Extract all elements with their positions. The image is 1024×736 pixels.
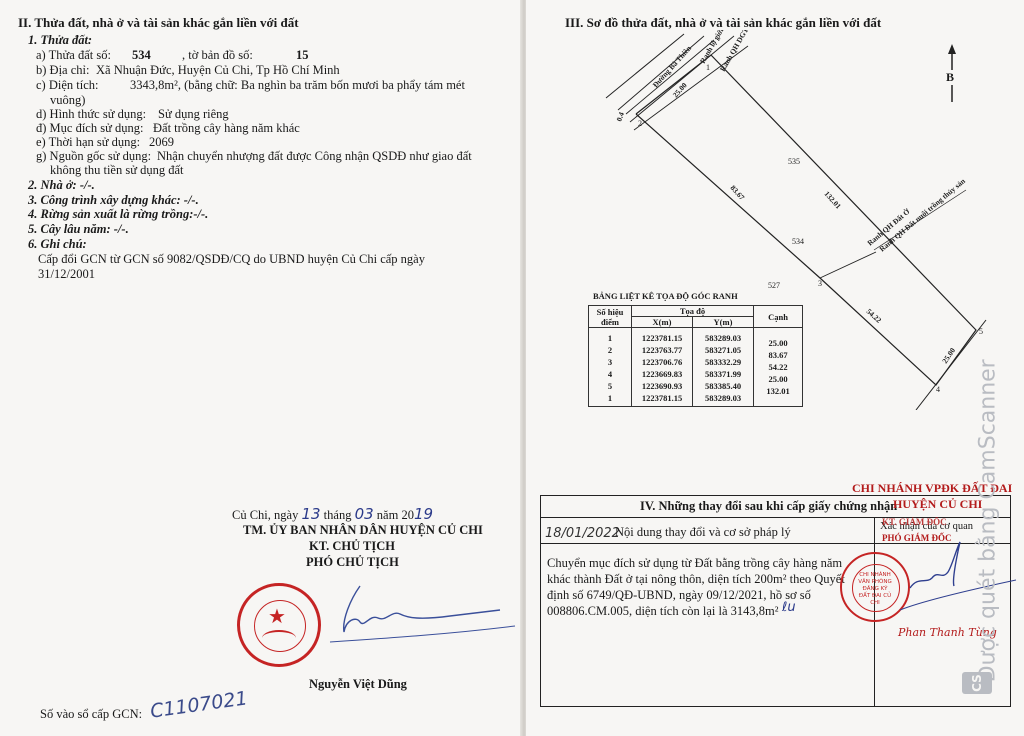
area-value: 3343,8m², (bằng chữ: Ba nghìn ba trăm bố… bbox=[130, 78, 465, 93]
signer-name: Nguyễn Việt Dũng bbox=[309, 677, 407, 692]
signature-scribble bbox=[300, 580, 520, 650]
parcel-heading: 1. Thửa đất: bbox=[28, 33, 92, 48]
svg-text:2: 2 bbox=[638, 119, 642, 128]
issuing-org: TM. ỦY BAN NHÂN DÂN HUYỆN CỦ CHI bbox=[243, 523, 483, 538]
change-line-3: định số 6749/QĐ-UBND, ngày 09/12/2021, h… bbox=[547, 588, 811, 603]
origin-value: Nhận chuyển nhượng đất được Công nhận QS… bbox=[157, 149, 472, 164]
svg-text:0.4: 0.4 bbox=[614, 111, 626, 123]
parcel-number-label: a) Thửa đất số: bbox=[36, 48, 111, 63]
col-coord: Tọa độ bbox=[632, 306, 754, 317]
coordinate-table: Số hiệu điểm Tọa độ Cạnh X(m) Y(m) 11223… bbox=[588, 305, 803, 407]
perennial-item: 5. Cây lâu năm: -/-. bbox=[28, 222, 129, 237]
change-line-1: Chuyển mục đích sử dụng từ Đất bằng trồn… bbox=[547, 556, 842, 571]
camscanner-logo-icon: CS bbox=[962, 672, 992, 694]
svg-text:Ranh lộ giới: Ranh lộ giới bbox=[698, 30, 725, 65]
date-month: 03 bbox=[355, 505, 374, 523]
note-line-2: 31/12/2001 bbox=[38, 267, 95, 282]
svg-text:3: 3 bbox=[818, 279, 822, 288]
signer-role-2: PHÓ CHỦ TỊCH bbox=[306, 555, 399, 570]
col-content-label: Nội dung thay đổi và cơ sở pháp lý bbox=[615, 525, 791, 540]
initials-mark: ℓu bbox=[782, 600, 796, 615]
col-point: Số hiệu điểm bbox=[589, 306, 632, 328]
section2-title: II. Thửa đất, nhà ở và tài sản khác gắn … bbox=[18, 15, 299, 30]
registry-label: Số vào sổ cấp GCN: bbox=[40, 707, 142, 722]
svg-text:534: 534 bbox=[792, 237, 804, 246]
change-line-2: khác thành Đất ở tại nông thôn, diện tíc… bbox=[547, 572, 845, 587]
date-year: 19 bbox=[414, 505, 433, 523]
parcel-number-value: 534 bbox=[132, 48, 151, 63]
stamp-role-1: KT. GIÁM ĐỐC bbox=[882, 515, 947, 530]
svg-text:527: 527 bbox=[768, 281, 780, 290]
place-date: Củ Chi, ngày 13 tháng 03 năm 2019 bbox=[232, 507, 433, 523]
camscanner-watermark: Được quét bằng CamScanner CS bbox=[958, 320, 1018, 700]
star-icon: ★ bbox=[268, 604, 286, 629]
date-day: 13 bbox=[301, 505, 320, 523]
svg-text:4: 4 bbox=[936, 385, 940, 394]
svg-text:132.01: 132.01 bbox=[823, 189, 844, 211]
usage-term-label: e) Thời hạn sử dụng: bbox=[36, 135, 140, 150]
section3-title: III. Sơ đồ thửa đất, nhà ở và tài sản kh… bbox=[565, 15, 881, 30]
area-label: c) Diện tích: bbox=[36, 78, 98, 93]
address-value: Xã Nhuận Đức, Huyện Củ Chi, Tp Hồ Chí Mi… bbox=[96, 63, 340, 78]
coord-table-title: BẢNG LIỆT KÊ TỌA ĐỘ GÓC RANH bbox=[593, 291, 738, 301]
map-sheet-value: 15 bbox=[296, 48, 309, 63]
usage-form-value: Sử dụng riêng bbox=[158, 107, 229, 122]
change-line-4: 008806.CM.005, diện tích còn lại là 3143… bbox=[547, 604, 779, 619]
planted-forest-item: 4. Rừng sản xuất là rừng trồng:-/-. bbox=[28, 207, 208, 222]
svg-text:535: 535 bbox=[788, 157, 800, 166]
map-sheet-label: , tờ bản đồ số: bbox=[182, 48, 253, 63]
change-date: 18/01/2022 bbox=[545, 526, 620, 541]
section4-title: IV. Những thay đổi sau khi cấp giấy chứn… bbox=[640, 499, 897, 514]
col-y: Y(m) bbox=[693, 317, 754, 328]
signer-role-1: KT. CHỦ TỊCH bbox=[309, 539, 395, 554]
usage-purpose-value: Đất trồng cây hàng năm khác bbox=[153, 121, 300, 136]
svg-text:25.00: 25.00 bbox=[940, 346, 957, 365]
origin-label: g) Nguồn gốc sử dụng: bbox=[36, 149, 151, 164]
usage-purpose-label: đ) Mục đích sử dụng: bbox=[36, 121, 143, 136]
svg-text:Đường Bà Thiên: Đường Bà Thiên bbox=[651, 43, 694, 89]
svg-text:Ranh QH Đất nuôi trồng thủy sả: Ranh QH Đất nuôi trồng thủy sản bbox=[878, 176, 968, 254]
address-label: b) Địa chỉ: bbox=[36, 63, 89, 78]
coord-row: 11223781.15583289.03132.01 bbox=[589, 392, 803, 407]
house-item: 2. Nhà ở: -/-. bbox=[28, 178, 95, 193]
svg-text:1: 1 bbox=[706, 63, 710, 72]
notes-heading: 6. Ghi chú: bbox=[28, 237, 87, 252]
watermark-text: Được quét bằng CamScanner bbox=[976, 323, 1001, 683]
svg-text:25.00: 25.00 bbox=[671, 81, 689, 100]
usage-form-label: d) Hình thức sử dụng: bbox=[36, 107, 146, 122]
area-value-cont: vuông) bbox=[50, 93, 85, 108]
col-x: X(m) bbox=[632, 317, 693, 328]
note-line-1: Cấp đổi GCN từ GCN số 9082/QSDĐ/CQ do UB… bbox=[38, 252, 425, 267]
col-edge: Cạnh bbox=[754, 306, 803, 328]
other-construction-item: 3. Công trình xây dựng khác: -/-. bbox=[28, 193, 199, 208]
usage-term-value: 2069 bbox=[149, 135, 174, 150]
origin-value-cont: không thu tiền sử dụng đất bbox=[50, 163, 184, 178]
